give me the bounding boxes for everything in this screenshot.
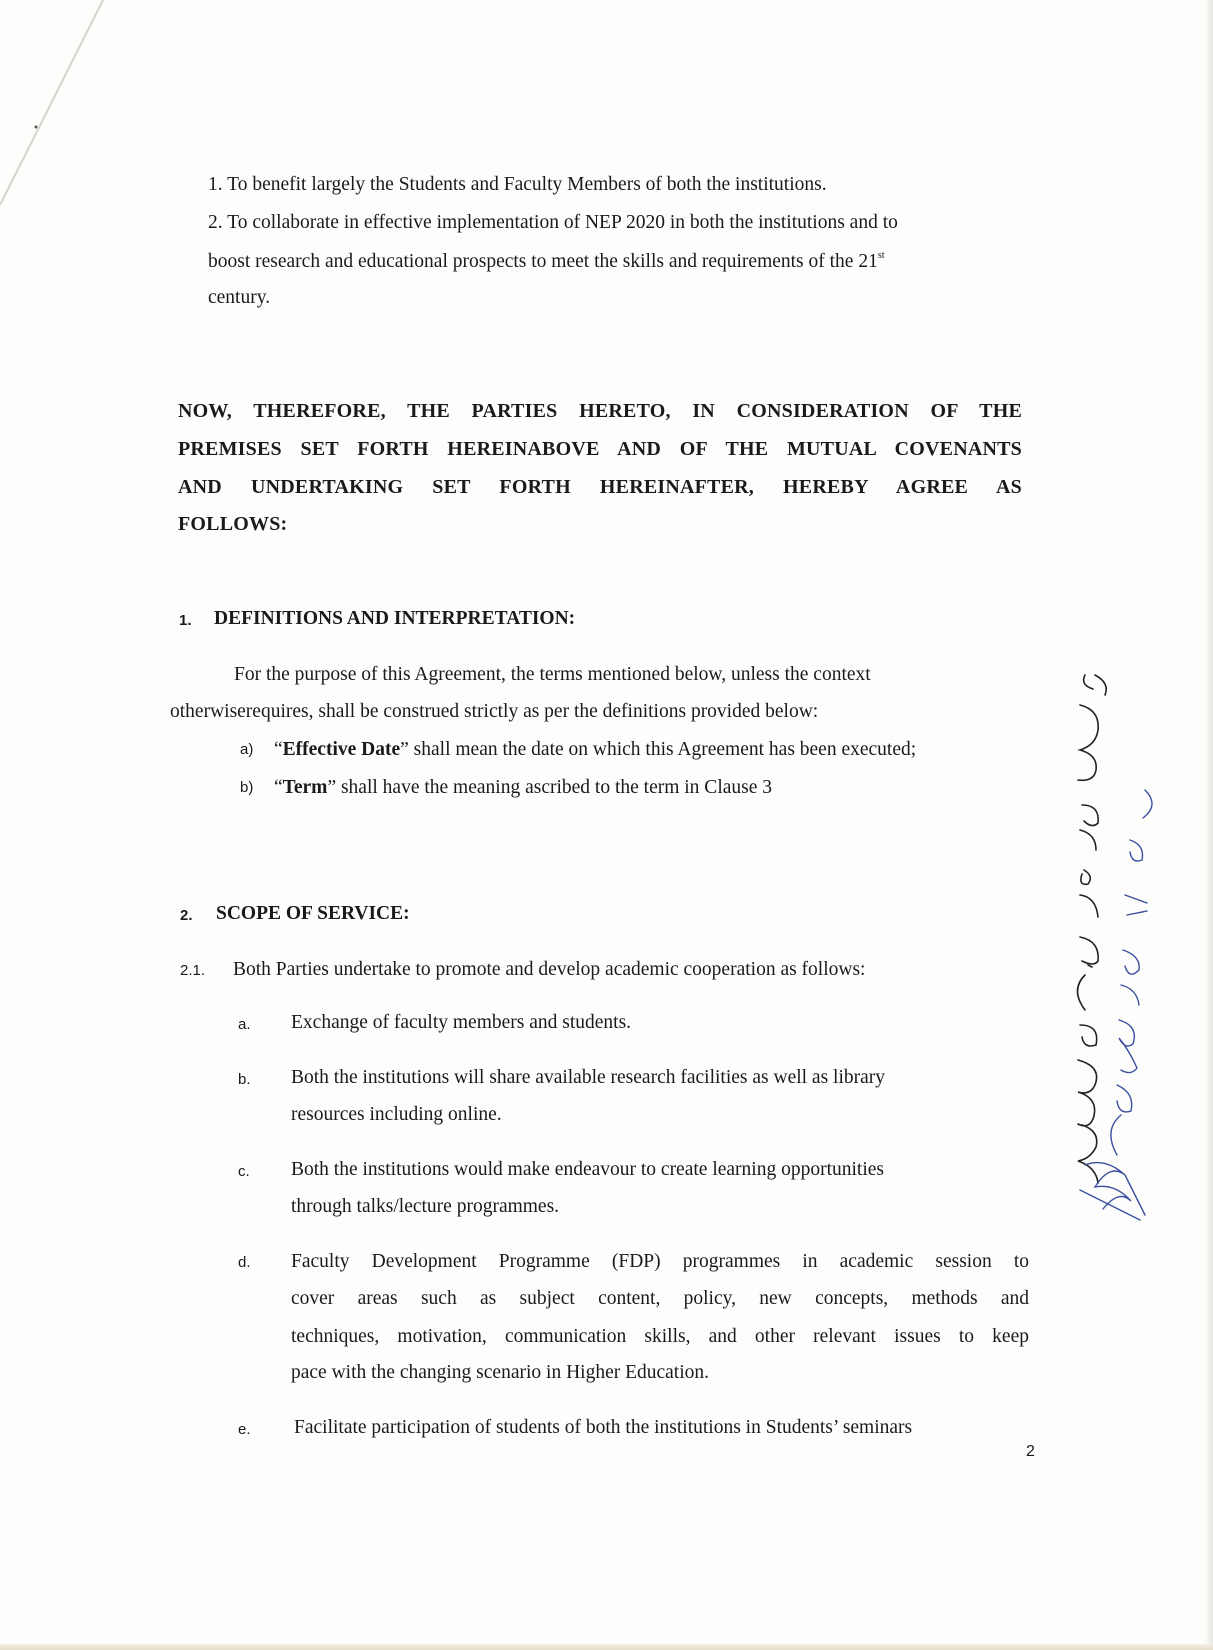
item-a-line-1: Exchange of faculty members and students…	[291, 1013, 631, 1033]
section-1-intro-line-2: otherwiserequires, shall be construed st…	[170, 702, 818, 722]
item-c-label: c.	[238, 1163, 250, 1180]
page-edge	[1205, 0, 1213, 1650]
objective-2-line-1: 2. To collaborate in effective implement…	[208, 213, 898, 233]
objective-2-line-3: century.	[208, 288, 270, 308]
objective-2-line-2: boost research and educational prospects…	[208, 251, 885, 272]
scan-border	[0, 1644, 1213, 1650]
item-d-line-4: pace with the changing scenario in Highe…	[291, 1363, 709, 1383]
page-number: 2	[1026, 1443, 1035, 1461]
definition-b-term: Term	[283, 777, 328, 798]
item-c-line-2: through talks/lecture programmes.	[291, 1197, 559, 1217]
objective-1: 1. To benefit largely the Students and F…	[208, 175, 827, 195]
definition-b: “Term” shall have the meaning ascribed t…	[274, 778, 772, 798]
section-1-number: 1.	[179, 612, 192, 629]
item-b-line-1: Both the institutions will share availab…	[291, 1068, 885, 1088]
signature-blue-icon	[1075, 785, 1175, 1225]
item-d-line-3: techniques, motivation, communication sk…	[291, 1326, 1029, 1348]
definition-a-term: Effective Date	[283, 739, 400, 760]
item-e-line-1: Facilitate participation of students of …	[294, 1418, 912, 1438]
resolution-line-4: FOLLOWS:	[178, 514, 287, 534]
item-e-label: e.	[238, 1421, 251, 1438]
section-2-number: 2.	[180, 907, 193, 924]
item-b-line-2: resources including online.	[291, 1105, 502, 1125]
definition-b-label: b)	[240, 779, 253, 796]
clause-2-1-text: Both Parties undertake to promote and de…	[233, 960, 865, 980]
resolution-line-2: PREMISES SET FORTH HEREINABOVE AND OF TH…	[178, 438, 1022, 461]
item-b-label: b.	[238, 1071, 251, 1088]
resolution-line-3: AND UNDERTAKING SET FORTH HEREINAFTER, H…	[178, 476, 1022, 499]
item-c-line-1: Both the institutions would make endeavo…	[291, 1160, 884, 1180]
section-1-heading: DEFINITIONS AND INTERPRETATION:	[214, 609, 575, 629]
item-d-line-2: cover areas such as subject content, pol…	[291, 1288, 1029, 1310]
item-d-label: d.	[238, 1254, 251, 1271]
definition-a: “Effective Date” shall mean the date on …	[274, 740, 916, 760]
definition-a-label: a)	[240, 741, 253, 758]
signature-black-icon	[1040, 665, 1120, 1185]
section-2-heading: SCOPE OF SERVICE:	[216, 904, 410, 924]
resolution-line-1: NOW, THEREFORE, THE PARTIES HERETO, IN C…	[178, 400, 1022, 423]
item-a-label: a.	[238, 1016, 251, 1033]
clause-2-1-number: 2.1.	[180, 962, 205, 979]
item-d-line-1: Faculty Development Programme (FDP) prog…	[291, 1251, 1029, 1273]
section-1-intro-line-1: For the purpose of this Agreement, the t…	[234, 665, 871, 685]
page-fold-edge	[0, 0, 120, 220]
